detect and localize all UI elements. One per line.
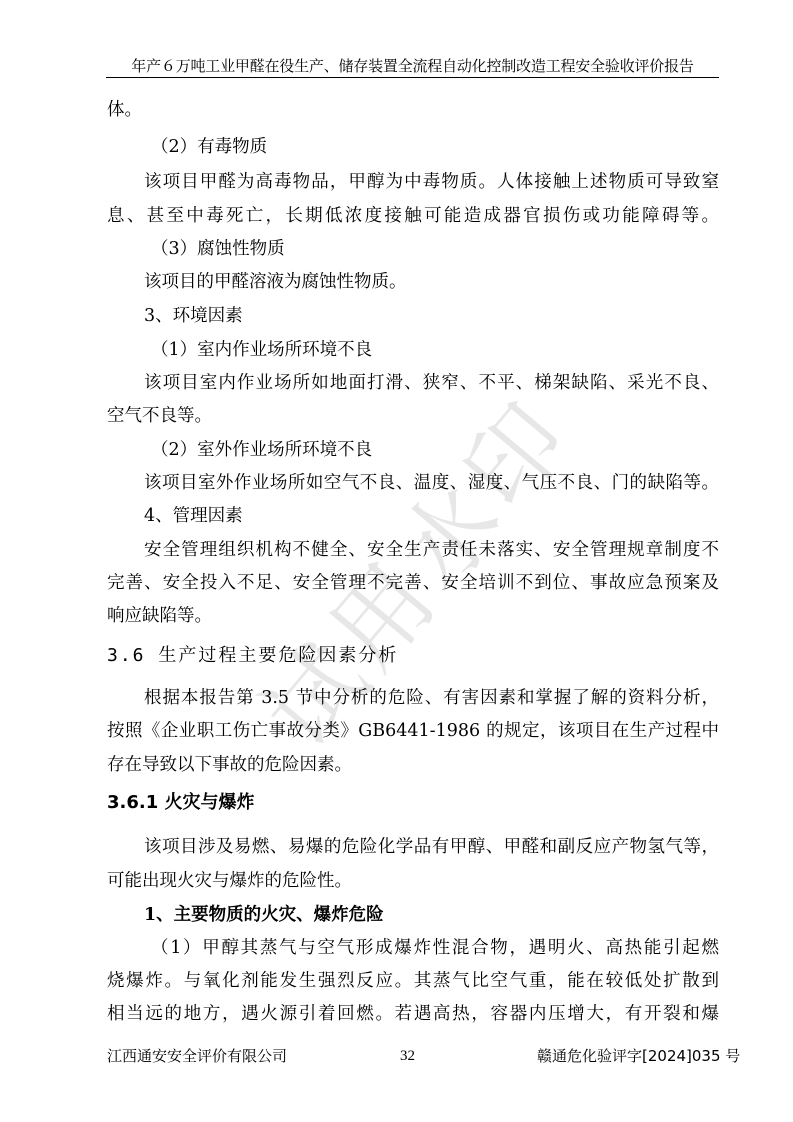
list-heading: （1）室内作业场所环境不良 xyxy=(151,338,372,362)
list-heading: 3、环境因素 xyxy=(144,304,243,328)
paragraph-line: 按照《企业职工伤亡事故分类》GB6441-1986 的规定，该项目在生产过程中 xyxy=(107,719,719,743)
paragraph-line: 烧爆炸。与氧化剂能发生强烈反应。其蒸气比空气重，能在较低处扩散到 xyxy=(107,969,719,993)
paragraph-line: 该项目甲醛为高毒物品，甲醇为中毒物质。人体接触上述物质可导致窒 xyxy=(144,170,719,194)
running-header: 年产６万吨工业甲醛在役生产、储存装置全流程自动化控制改造工程安全验收评价报告 xyxy=(106,56,719,78)
paragraph-line: 根据本报告第 3.5 节中分析的危险、有害因素和掌握了解的资料分析， xyxy=(144,686,719,710)
list-heading: 4、管理因素 xyxy=(144,504,243,528)
section-heading-3-6: 3.6 生产过程主要危险因素分析 xyxy=(107,644,398,668)
section-heading-3-6-1: 3.6.1 火灾与爆炸 xyxy=(107,791,255,815)
list-heading: （3）腐蚀性物质 xyxy=(151,237,285,261)
paragraph-line: 存在导致以下事故的危险因素。 xyxy=(107,753,352,777)
paragraph-line: 完善、安全投入不足、安全管理不完善、安全培训不到位、事故应急预案及 xyxy=(107,571,719,595)
paragraph-line: 安全管理组织机构不健全、安全生产责任未落实、安全管理规章制度不 xyxy=(144,538,719,562)
header-divider xyxy=(106,77,719,78)
paragraph-line: 该项目室内作业场所如地面打滑、狭窄、不平、梯架缺陷、采光不良、 xyxy=(144,371,719,395)
paragraph-line: 该项目室外作业场所如空气不良、温度、湿度、气压不良、门的缺陷等。 xyxy=(144,471,719,495)
paragraph-line: 空气不良等。 xyxy=(107,404,212,428)
paragraph-line: （1）甲醇其蒸气与空气形成爆炸性混合物，遇明火、高热能引起燃 xyxy=(151,936,719,960)
paragraph-line: 该项目的甲醛溶液为腐蚀性物质。 xyxy=(144,270,407,294)
paragraph-line: 息、甚至中毒死亡，长期低浓度接触可能造成器官损伤或功能障碍等。 xyxy=(107,204,719,228)
text-line: 体。 xyxy=(107,98,142,122)
list-heading: （2）有毒物质 xyxy=(151,135,267,159)
footer-company: 江西通安安全评价有限公司 xyxy=(107,1045,287,1067)
paragraph-line: 响应缺陷等。 xyxy=(107,604,212,628)
paragraph-line: 该项目涉及易燃、易爆的危险化学品有甲醇、甲醛和副反应产物氢气等， xyxy=(144,835,719,859)
document-page: 年产６万吨工业甲醛在役生产、储存装置全流程自动化控制改造工程安全验收评价报告 体… xyxy=(0,0,793,1122)
trial-watermark: 试用水印 xyxy=(227,365,599,772)
page-number: 32 xyxy=(400,1045,415,1067)
paragraph-line: 可能出现火灾与爆炸的危险性。 xyxy=(107,869,352,893)
list-heading: （2）室外作业场所环境不良 xyxy=(151,438,372,462)
paragraph-line: 相当远的地方，遇火源引着回燃。若遇高热，容器内压增大，有开裂和爆 xyxy=(107,1002,719,1026)
subsection-heading: 1、主要物质的火灾、爆炸危险 xyxy=(144,903,384,927)
footer-doc-number: 赣通危化验评字[2024]035 号 xyxy=(537,1045,740,1067)
